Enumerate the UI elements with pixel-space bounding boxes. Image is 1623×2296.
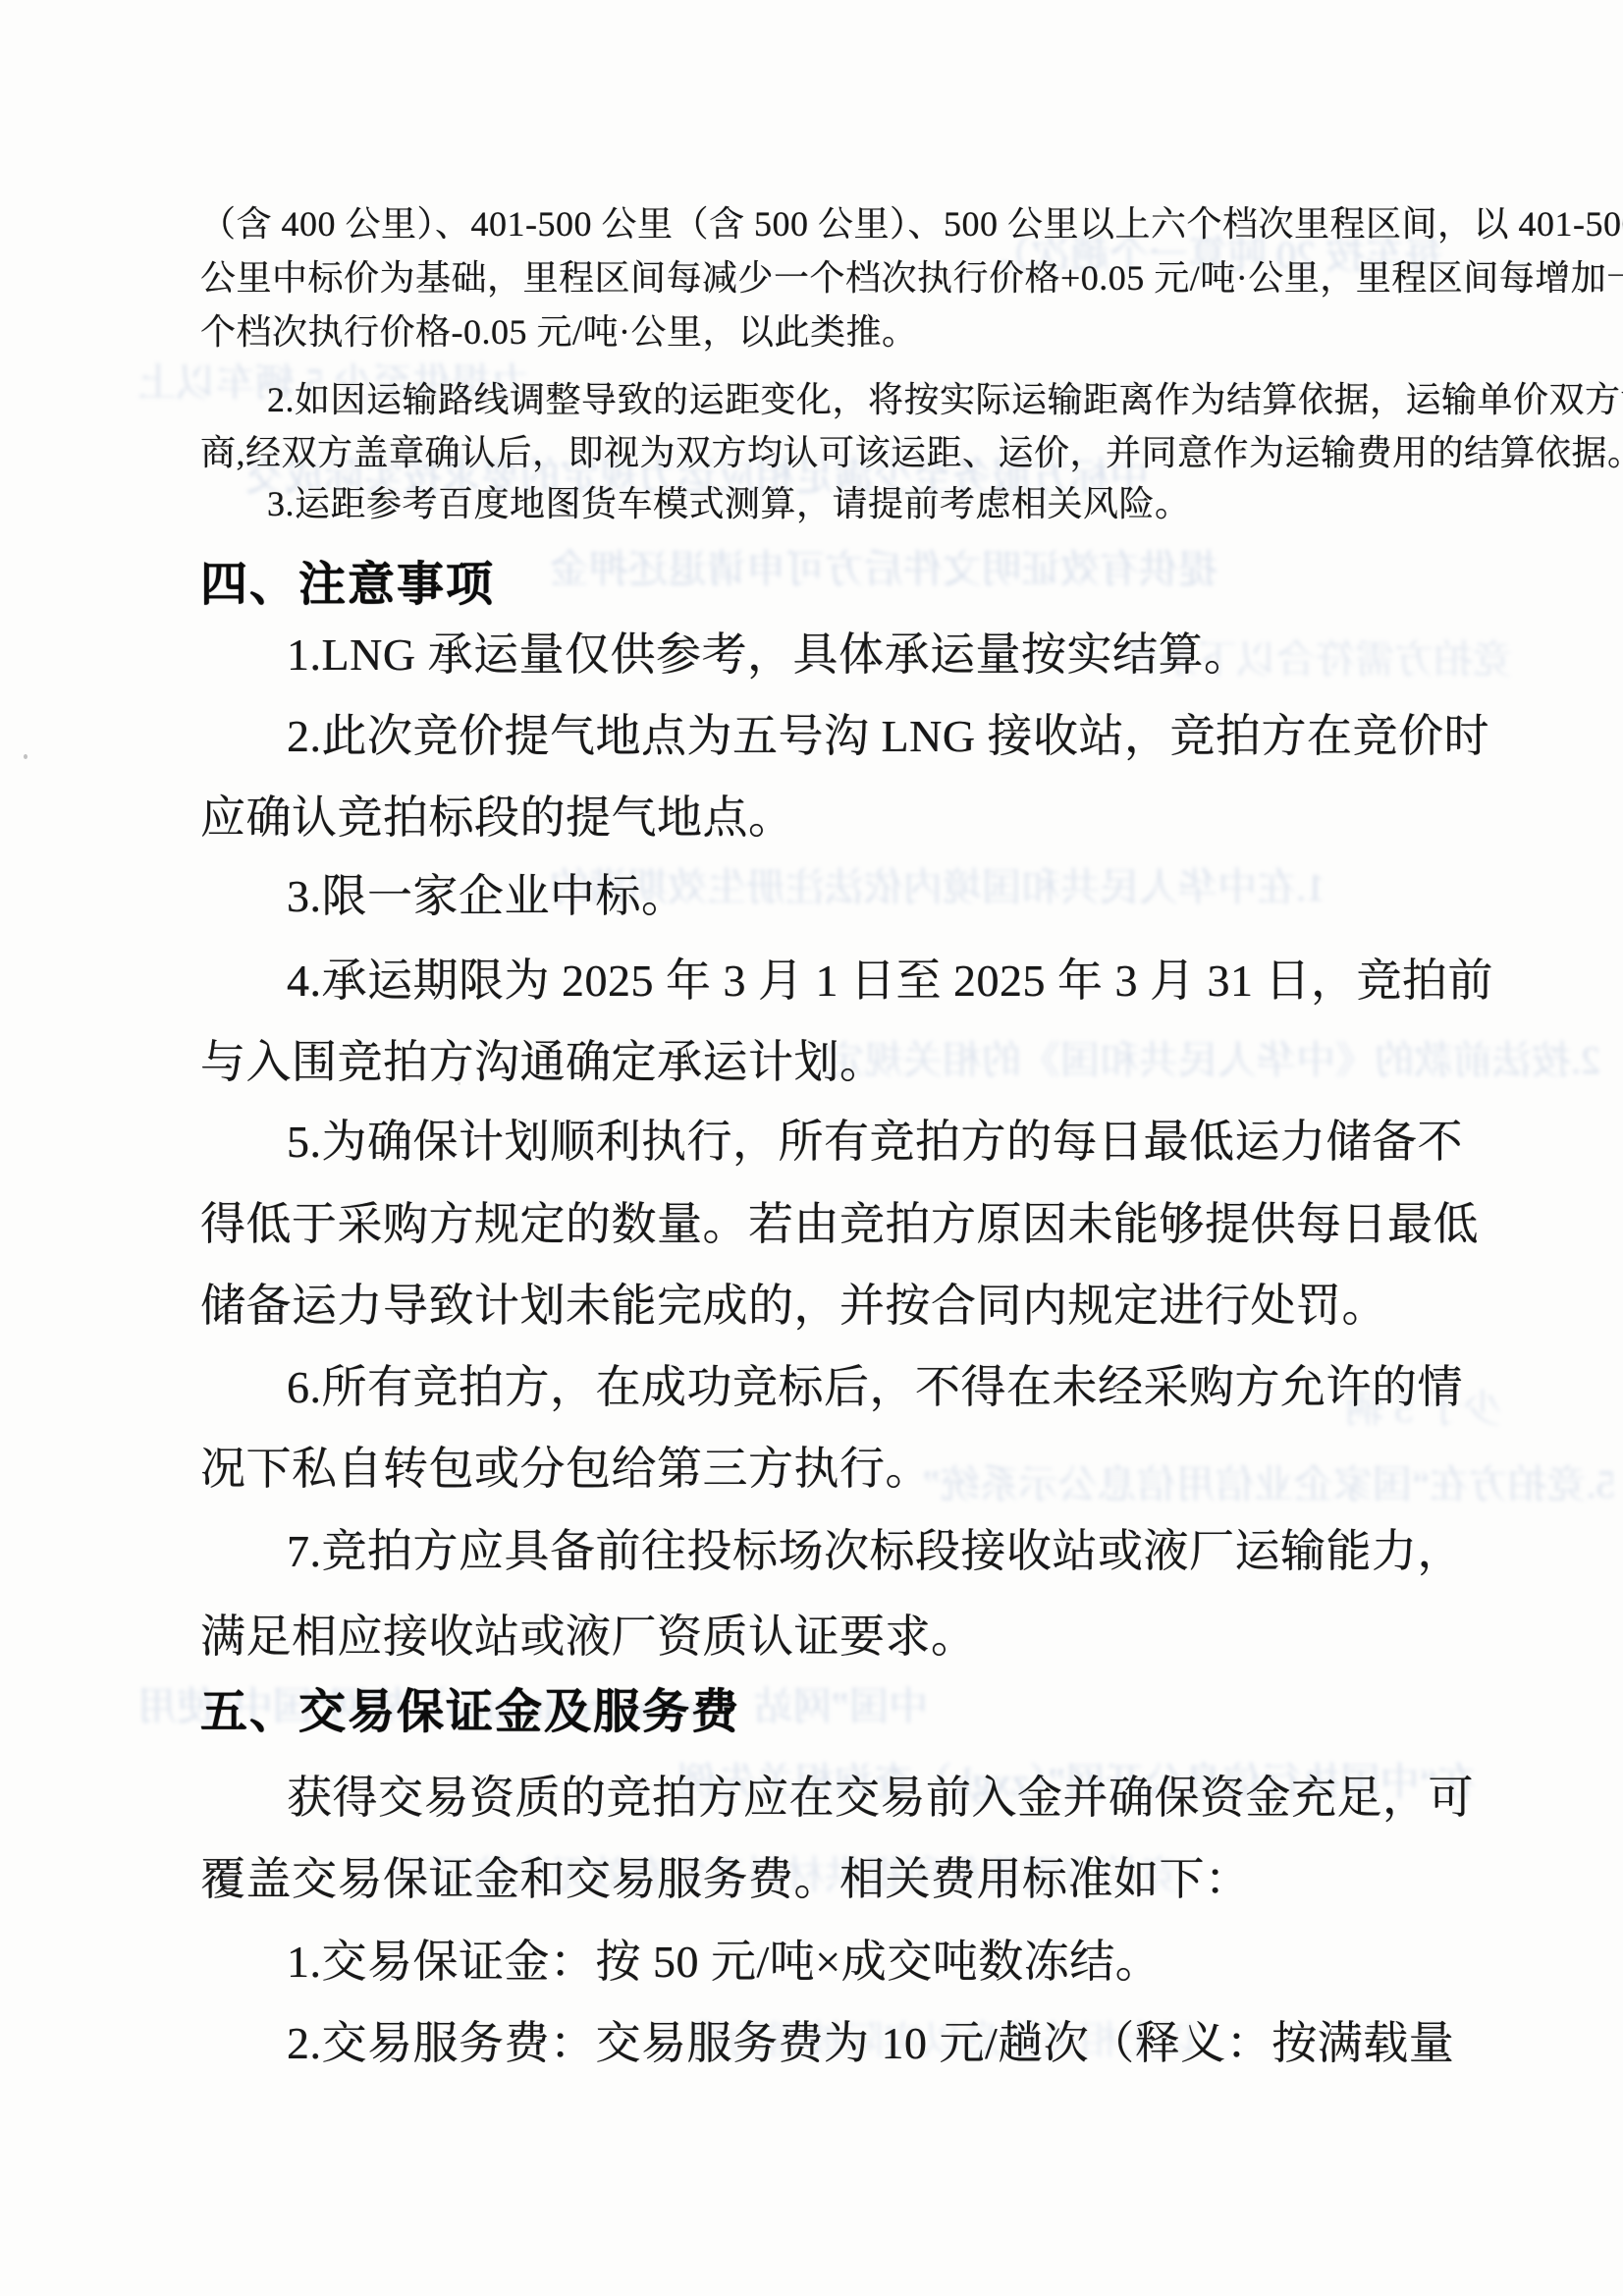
body-line: 个档次执行价格-0.05 元/吨·公里，以此类推。 — [200, 314, 917, 350]
body-line: 4.承运期限为 2025 年 3 月 1 日至 2025 年 3 月 31 日，… — [287, 958, 1493, 1004]
body-line: 获得交易资质的竞拍方应在交易前入金并确保资金充足，可 — [287, 1776, 1474, 1821]
body-line: 覆盖交易保证金和交易服务费。相关费用标准如下： — [200, 1857, 1251, 1902]
section-heading-notes: 四、注意事项 — [200, 562, 495, 609]
bleedthrough-text: 2.按法前款的《中华人民共和国》的相关规定 — [825, 1041, 1600, 1080]
scanned-document-page: 每车按 20 吨算一个趟次）。 力提供至少 5 辆车以上 中标方服务至少满足相应… — [0, 0, 1623, 2296]
body-line: （含 400 公里）、401-500 公里（含 500 公里）、500 公里以上… — [200, 206, 1623, 242]
body-line: 公里中标价为基础，里程区间每减少一个档次执行价格+0.05 元/吨·公里，里程区… — [200, 260, 1623, 296]
body-line: 应确认竞拍标段的提气地点。 — [200, 795, 794, 841]
body-line: 3.限一家企业中标。 — [287, 874, 687, 919]
body-line: 商,经双方盖章确认后，即视为双方均认可该运距、运价，并同意作为运输费用的结算依据… — [200, 435, 1623, 470]
body-line: 2.如因运输路线调整导致的运距变化，将按实际运输距离作为结算依据，运输单价双方协 — [267, 382, 1623, 417]
body-line: 满足相应接收站或液厂资质认证要求。 — [200, 1614, 977, 1660]
body-line: 1.LNG 承运量仅供参考，具体承运量按实结算。 — [287, 632, 1250, 678]
body-line: 3.运距参考百度地图货车模式测算，请提前考虑相关风险。 — [267, 486, 1191, 521]
body-line: 2.此次竞价提气地点为五号沟 LNG 接收站，竞拍方在竞价时 — [287, 714, 1489, 759]
body-line: 与入围竞拍方沟通确定承运计划。 — [200, 1040, 886, 1085]
bleedthrough-text: 提供有效证明文件后方可申请退还押金 — [550, 550, 1217, 589]
body-line: 得低于采购方规定的数量。若由竞拍方原因未能够提供每日最低 — [200, 1202, 1479, 1247]
body-line: 6.所有竞拍方，在成功竞标后，不得在未经采购方允许的情 — [287, 1365, 1463, 1410]
section-heading-deposit: 五、交易保证金及服务费 — [200, 1689, 740, 1736]
body-line: 7.竞拍方应具备前往投标场次标段接收站或液厂运输能力， — [287, 1529, 1463, 1574]
body-line: 储备运力导致计划未能完成的，并按合同内规定进行处罚。 — [200, 1284, 1387, 1329]
body-line: 5.为确保计划顺利执行，所有竞拍方的每日最低运力储备不 — [287, 1120, 1463, 1165]
body-line: 2.交易服务费：交易服务费为 10 元/趟次（释义：按满载量 — [287, 2021, 1454, 2066]
bleedthrough-text: 5.竞拍方在“国家企业信用信息公示系统” — [923, 1465, 1616, 1504]
body-line: 1.交易保证金：按 50 元/吨×成交吨数冻结。 — [287, 1940, 1161, 1985]
scan-speck — [24, 754, 27, 759]
body-line: 况下私自转包或分包给第三方执行。 — [200, 1447, 931, 1492]
